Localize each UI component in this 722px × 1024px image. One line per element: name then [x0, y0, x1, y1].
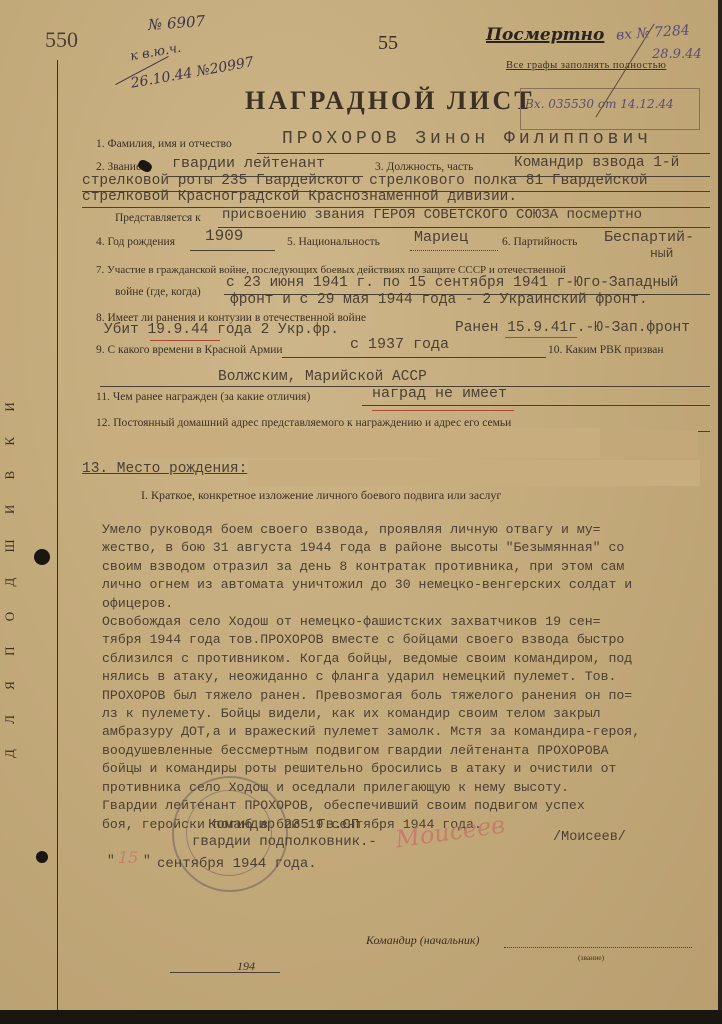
narrative-line: Освобождая село Ходош от немецко-фашистс…	[102, 613, 640, 631]
footer-commander-label: Командир (начальник)	[366, 933, 480, 948]
footer-commander-underline	[504, 947, 692, 948]
narrative-line: сблизился с противником. Когда бойцы, ве…	[102, 650, 640, 668]
field-8-red-underline-wounded	[505, 337, 577, 338]
field-8-value-wounded: Ранен 15.9.41г.-Ю-Зап.фронт	[455, 320, 690, 336]
signature-date-quote-close: "	[143, 853, 151, 868]
narrative-line: жество, в бою 31 августа 1944 года в рай…	[102, 539, 640, 557]
handwritten-posthumously-note: Посмертно	[486, 25, 604, 45]
field-11-underline	[362, 405, 710, 406]
field-6-value-line-2: ный	[650, 246, 673, 261]
narrative-line: бойцы и командиры роты решительно бросил…	[102, 760, 640, 778]
signature-commander-line: Командир 235 Гв.СП	[208, 817, 359, 833]
field-5-underline	[410, 250, 498, 251]
handwritten-registration-unit: к в.ю.ч.	[129, 41, 182, 65]
field-11-red-underline	[372, 410, 514, 411]
sheet-number: 550	[45, 27, 78, 53]
field-3-value-line-2: стрелковой роты 235 Гвардейского стрелко…	[82, 173, 648, 189]
narrative-text: Умело руководя боем своего взвода, прояв…	[102, 521, 640, 834]
field-3-label: 3. Должность, часть	[375, 161, 473, 173]
narrative-line: Умело руководя боем своего взвода, прояв…	[102, 521, 640, 539]
field-2-value: гвардии лейтенант	[172, 155, 325, 172]
narrative-line: ПРОХОРОВ был тяжело ранен. Превозмогая б…	[102, 687, 640, 705]
signature-date-rest: сентября 1944 года.	[157, 856, 317, 872]
signature-name: /Моисеев/	[553, 830, 626, 845]
section-heading: I. Краткое, конкретное изложение личного…	[141, 488, 501, 503]
field-11-value: наград не имеет	[372, 385, 507, 402]
field-4-label: 4. Год рождения	[96, 236, 175, 248]
field-6-label: 6. Партийность	[502, 236, 577, 248]
field-4-underline	[190, 250, 275, 251]
field-1-value: ПРОХОРОВ Зинон Филиппович	[282, 129, 652, 149]
footer-date-underline	[170, 972, 280, 973]
field-7-value-line-1: с 23 июня 1941 г. по 15 сентября 1941 г-…	[226, 275, 678, 291]
field-8-value-killed: Убит 19.9.44 года 2 Укр.фр.	[104, 322, 339, 338]
signature-rank-line: гвардии подполковник.-	[192, 834, 377, 850]
binding-vertical-text: Д Л Я П О Д Ш И В К И	[2, 378, 18, 758]
field-1-label: 1. Фамилия, имя и отчество	[96, 138, 232, 150]
binding-margin-line	[57, 60, 58, 1010]
presented-label: Представляется к	[115, 212, 201, 224]
award-sheet-page: Д Л Я П О Д Ш И В К И 550 55 № 6907 к в.…	[0, 0, 722, 1010]
field-10-label: 10. Каким РВК призван	[548, 344, 664, 356]
field-3-value-line-1: Командир взвода 1-й	[514, 155, 679, 171]
narrative-line: лично огнем из автомата уничтожил до 30 …	[102, 576, 640, 594]
narrative-line: своим взводом отразил за день 8 контрата…	[102, 558, 640, 576]
presented-underline	[218, 227, 710, 228]
narrative-line: амбразуру ДОТ,а и вражеский пулемет замо…	[102, 723, 640, 741]
field-7-label-line-2: войне (где, когда)	[115, 286, 201, 298]
field-9-label: 9. С какого времени в Красной Армии	[96, 344, 283, 356]
field-5-label: 5. Национальность	[287, 236, 380, 248]
punch-hole	[34, 549, 50, 565]
field-2-label: 2. Звание	[96, 161, 141, 173]
instruction-text: Все графы заполнять полностью	[506, 60, 666, 71]
field-11-label: 11. Чем ранее награжден (за какие отличи…	[96, 391, 310, 403]
field-7-value-line-2: фронт и с 29 мая 1944 года - 2 Украински…	[230, 292, 648, 308]
field-13-label: 13. Место рождения:	[82, 461, 247, 477]
punch-hole	[36, 851, 48, 863]
signature-date-day: 15	[118, 848, 138, 867]
field-9-value: с 1937 года	[350, 336, 449, 353]
footer-rank-caption: (звание)	[578, 953, 604, 962]
field-8-red-underline-killed	[150, 340, 220, 341]
field-6-value-line-1: Беспартий-	[604, 229, 694, 246]
field-4-value: 1909	[205, 227, 243, 245]
redacted-birthplace	[248, 460, 700, 486]
field-1-underline	[257, 153, 710, 154]
handwritten-registration-number: № 6907	[147, 12, 205, 34]
presented-value: присвоению звания ГЕРОЯ СОВЕТСКОГО СОЮЗА…	[222, 207, 642, 223]
signature-date-quote-open: "	[107, 853, 115, 868]
narrative-line: офицеров.	[102, 595, 640, 613]
page-number: 55	[378, 32, 398, 55]
field-5-value: Мариец	[414, 229, 468, 246]
field-3-value-line-3: стрелковой Красноградской Краснознаменно…	[82, 189, 517, 205]
redacted-address	[95, 428, 600, 458]
field-9-underline	[282, 357, 546, 358]
narrative-line: лз к пулемету. Бойцы видели, как их кома…	[102, 705, 640, 723]
document-title: НАГРАДНОЙ ЛИСТ	[245, 86, 535, 116]
field-10-value: Волжским, Марийской АССР	[218, 369, 427, 385]
narrative-line: нялись в атаку, неожиданно с фланга удар…	[102, 668, 640, 686]
narrative-line: тября 1944 года тов.ПРОХОРОВ вместе с бо…	[102, 631, 640, 649]
redacted-address-tail	[600, 430, 698, 458]
narrative-line: противника село Ходош и оседлали прилега…	[102, 779, 640, 797]
narrative-line: воодушевленные бессмертным подвигом гвар…	[102, 742, 640, 760]
footer-year-prefix: 194	[237, 959, 255, 974]
